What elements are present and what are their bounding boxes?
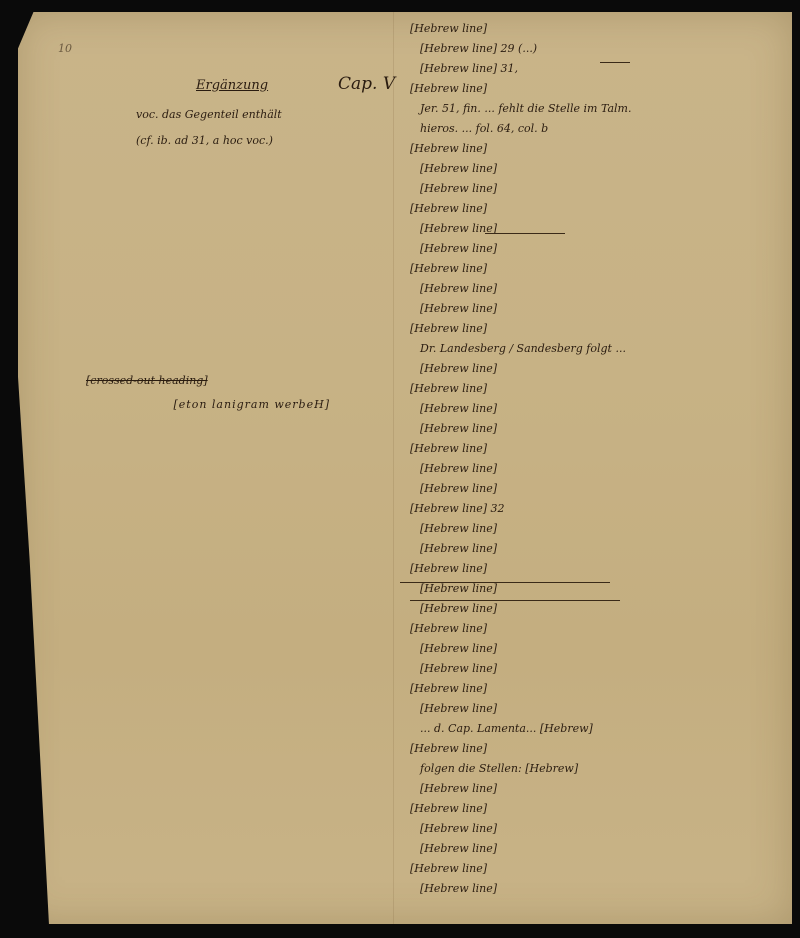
manuscript-page (18, 12, 792, 924)
text-line: hieros. ... fol. 64, col. b (420, 122, 548, 135)
text-line: [Hebrew line] (410, 802, 487, 815)
margin-note-line: voc. das Gegenteil enthält (136, 108, 282, 121)
text-line: [Hebrew line] (420, 582, 497, 595)
text-line: [Hebrew line] (420, 402, 497, 415)
text-line: [Hebrew line] (420, 542, 497, 555)
text-line: [Hebrew line] (410, 322, 487, 335)
text-line: [Hebrew line] (410, 622, 487, 635)
margin-note-heading: Ergänzung (196, 78, 268, 93)
text-line: [Hebrew line] (410, 562, 487, 575)
text-line: [Hebrew line] (420, 642, 497, 655)
rule-line (400, 582, 610, 583)
text-line: [Hebrew line] (420, 522, 497, 535)
text-line: [Hebrew line] (420, 882, 497, 895)
text-line: [Hebrew line] 31, (420, 62, 518, 75)
text-line: [Hebrew line] (420, 482, 497, 495)
text-line: [Hebrew line] (420, 702, 497, 715)
rule-line (485, 233, 565, 234)
text-line: [Hebrew line] (420, 662, 497, 675)
text-line: [Hebrew line] (410, 262, 487, 275)
text-line: [Hebrew line] (420, 462, 497, 475)
rule-line (410, 600, 620, 601)
text-line: [Hebrew line] (420, 362, 497, 375)
margin-note-hebrew: [Hebrew marginal note] (90, 398, 330, 411)
margin-note-struck-heading: [crossed-out heading] (86, 374, 208, 387)
text-line: [Hebrew line] (410, 142, 487, 155)
text-line: [Hebrew line] (420, 842, 497, 855)
margin-note-line: (cf. ib. ad 31, a hoc voc.) (136, 134, 273, 147)
text-line: [Hebrew line] (410, 682, 487, 695)
text-line: [Hebrew line] (420, 282, 497, 295)
text-line: [Hebrew line] (420, 782, 497, 795)
text-line: [Hebrew line] (410, 22, 487, 35)
chapter-heading: Cap. V (338, 74, 395, 94)
text-line: [Hebrew line] (410, 442, 487, 455)
folio-number: 10 (58, 42, 72, 55)
rule-line (600, 62, 630, 63)
text-line: [Hebrew line] 32 (410, 502, 505, 515)
text-line: [Hebrew line] (410, 202, 487, 215)
text-line: [Hebrew line] (420, 162, 497, 175)
text-line: [Hebrew line] (420, 602, 497, 615)
text-line: [Hebrew line] (420, 182, 497, 195)
text-line: [Hebrew line] (410, 862, 487, 875)
text-line: folgen die Stellen: [Hebrew] (420, 762, 578, 775)
text-line: [Hebrew line] (410, 742, 487, 755)
text-line: [Hebrew line] (420, 822, 497, 835)
text-line: [Hebrew line] 29 (...) (420, 42, 537, 55)
text-line: Jer. 51, fin. ... fehlt die Stelle im Ta… (420, 102, 631, 115)
text-line: [Hebrew line] (420, 302, 497, 315)
text-line: Dr. Landesberg / Sandesberg folgt ... (420, 342, 626, 355)
text-line: [Hebrew line] (420, 422, 497, 435)
text-line: ... d. Cap. Lamenta... [Hebrew] (420, 722, 593, 735)
text-line: [Hebrew line] (410, 382, 487, 395)
page-fold-line (393, 12, 394, 924)
text-line: [Hebrew line] (410, 82, 487, 95)
text-line: [Hebrew line] (420, 242, 497, 255)
